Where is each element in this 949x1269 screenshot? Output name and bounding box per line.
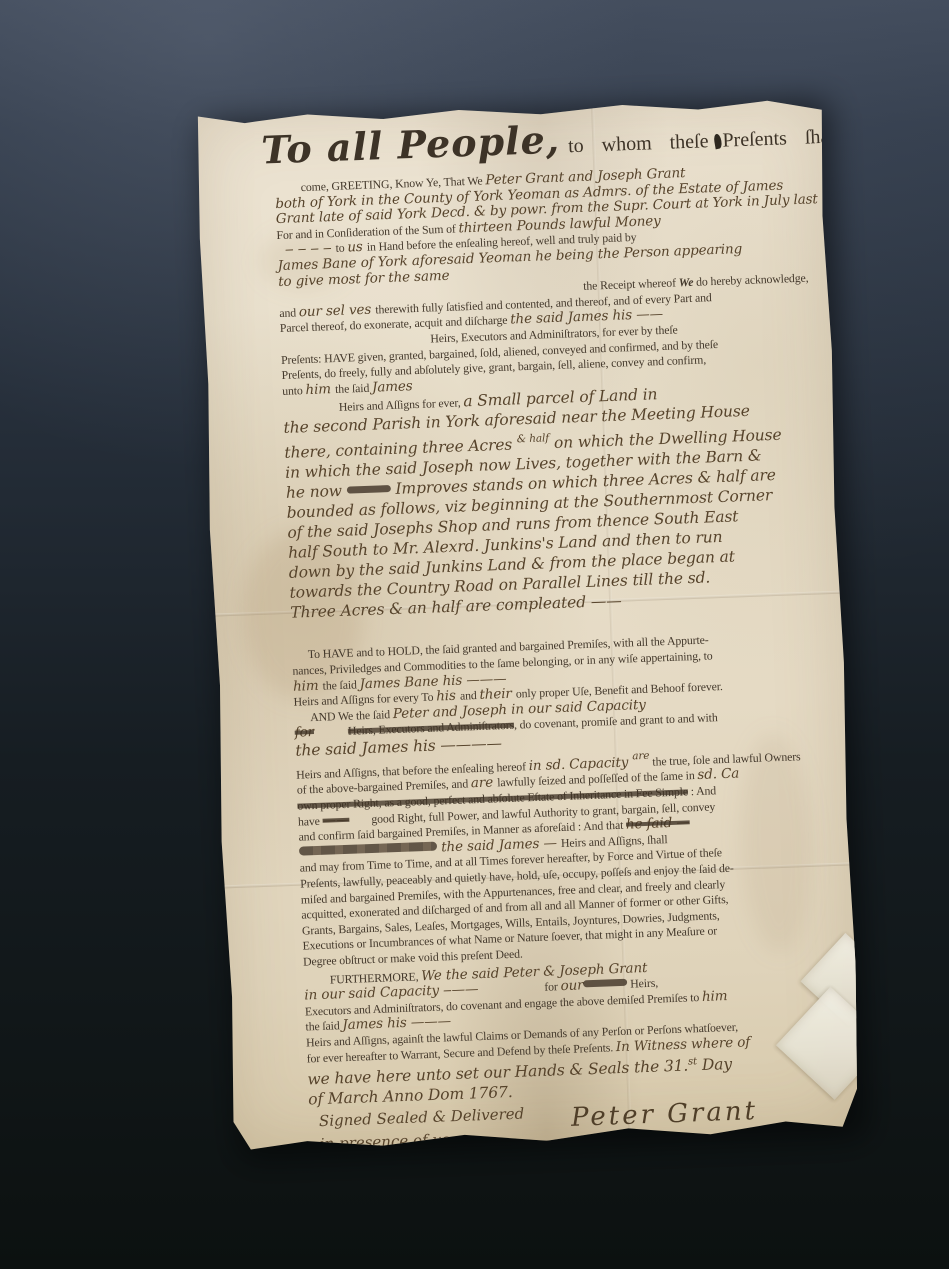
handwritten-text: ———— [440,734,502,754]
document-photo: To all People,to whom theſePreſents ſhal… [0,0,949,1269]
printed-text: the ſaid [305,1019,342,1034]
handwritten-text: James [372,378,413,395]
handwritten-text: his [436,688,460,705]
handwritten-text: him [293,677,323,694]
handwritten-text: he now [286,482,347,502]
superscript-text: st [688,1056,697,1067]
inserted-word: are [632,750,650,763]
ink-blot [347,485,391,494]
printed-text: have [298,813,323,828]
handwritten-text: him [702,988,728,1005]
handwritten-text: him [305,381,335,398]
handwritten-text: sd. Ca [697,766,739,784]
printed-emphasis-text: We [678,275,693,290]
printed-text: do hereby acknowledge, [693,271,809,289]
ink-blot [583,979,627,988]
printed-text: to [335,241,347,255]
blank-space [349,823,371,824]
struck-handwritten-text: for [294,724,314,741]
handwritten-text: the said James his [295,736,441,759]
printed-text: and [460,688,480,703]
printed-text: the ſaid [335,380,372,395]
struck-handwritten-text: —— [322,811,349,828]
handwritten-text: our [560,978,583,995]
inserted-word: & half [517,433,550,446]
printed-text: the ſaid [322,677,359,692]
printed-text: for [544,979,561,994]
handwritten-text: their [479,686,516,703]
deed-paper: To all People,to whom theſePreſents ſhal… [194,91,862,1153]
printed-text: and [279,305,299,320]
printed-text: Heirs, [627,976,658,991]
printed-text: the Receipt whereof [583,276,679,293]
title-small-text: to whom theſe [560,130,709,157]
deed-body: come, GREETING, Know Ye, That We Peter G… [275,162,839,1111]
blank-space [314,735,348,736]
handwritten-text: are [471,775,498,792]
handwritten-text: us [347,239,367,256]
title-large-text: To all People, [261,117,561,173]
printed-text: unto [282,383,306,398]
printed-text: : And [688,783,717,798]
blank-space [479,991,545,993]
printed-text: AND We the ſaid [310,707,393,724]
handwritten-text: Day [697,1055,733,1074]
deed-content: To all People,to whom theſePreſents ſhal… [194,91,862,1153]
printed-text: Heirs and Aſſigns for ever, [339,396,464,415]
struck-handwritten-text: he ſaid — [626,815,690,833]
